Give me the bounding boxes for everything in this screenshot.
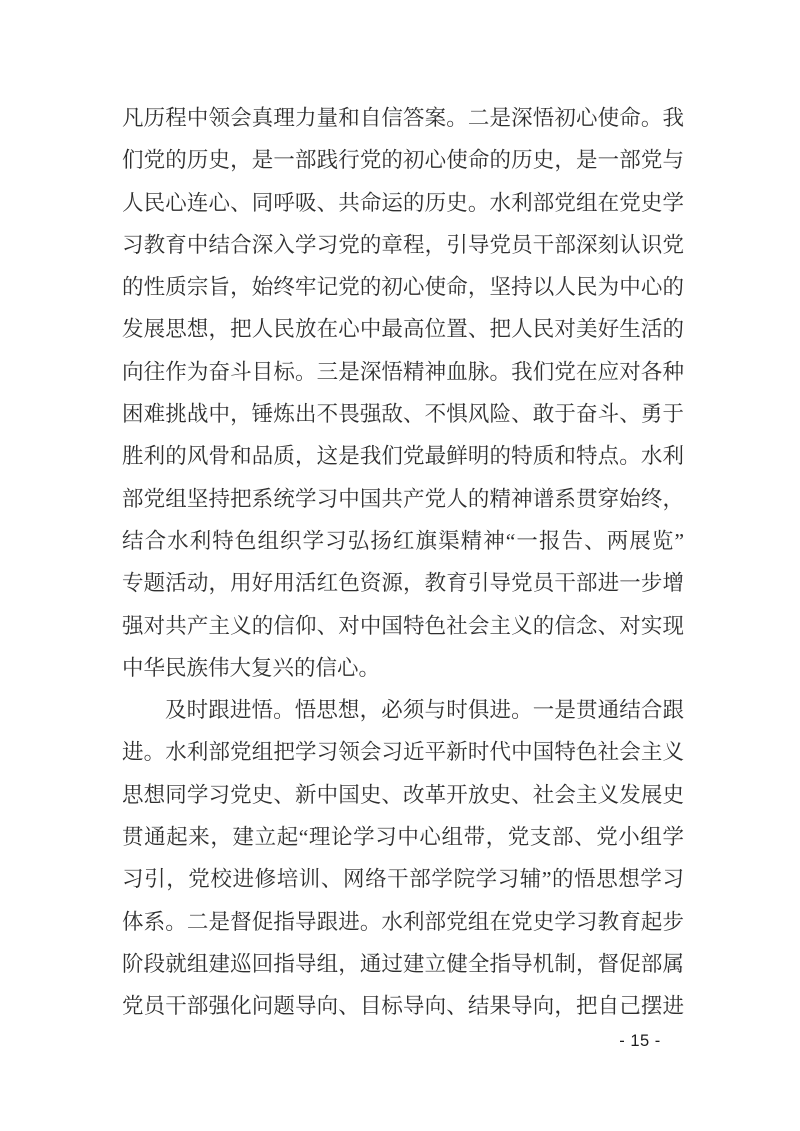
text-line: 们党的历史，是一部践行党的初心使命的历史，是一部党与 (122, 139, 684, 181)
text-line: 向往作为奋斗目标。三是深悟精神血脉。我们党在应对各种 (122, 351, 684, 393)
text-line: 思想同学习党史、新中国史、改革开放史、社会主义发展史 (122, 774, 684, 816)
text-line: 及时跟进悟。悟思想，必须与时俱进。一是贯通结合跟 (122, 689, 684, 731)
text-line: 发展思想，把人民放在心中最高位置、把人民对美好生活的 (122, 308, 684, 350)
text-line: 困难挑战中，锤炼出不畏强敌、不惧风险、敢于奋斗、勇于 (122, 393, 684, 435)
text-line: 贯通起来，建立起“理论学习中心组带，党支部、党小组学 (122, 816, 684, 858)
text-line: 习教育中结合深入学习党的章程，引导党员干部深刻认识党 (122, 224, 684, 266)
body-text: 凡历程中领会真理力量和自信答案。二是深悟初心使命。我们党的历史，是一部践行党的初… (122, 97, 684, 1028)
text-line: 结合水利特色组织学习弘扬红旗渠精神“一报告、两展览” (122, 520, 684, 562)
text-line: 专题活动，用好用活红色资源，教育引导党员干部进一步增 (122, 562, 684, 604)
text-line: 人民心连心、同呼吸、共命运的历史。水利部党组在党史学 (122, 182, 684, 224)
text-line: 阶段就组建巡回指导组，通过建立健全指导机制，督促部属 (122, 943, 684, 985)
document-page: 凡历程中领会真理力量和自信答案。二是深悟初心使命。我们党的历史，是一部践行党的初… (0, 0, 800, 1131)
text-line: 的性质宗旨，始终牢记党的初心使命，坚持以人民为中心的 (122, 266, 684, 308)
text-line: 习引，党校进修培训、网络干部学院学习辅”的悟思想学习 (122, 858, 684, 900)
text-line: 凡历程中领会真理力量和自信答案。二是深悟初心使命。我 (122, 97, 684, 139)
text-line: 胜利的风骨和品质，这是我们党最鲜明的特质和特点。水利 (122, 435, 684, 477)
text-line: 体系。二是督促指导跟进。水利部党组在党史学习教育起步 (122, 901, 684, 943)
page-number: - 15 - (560, 1032, 720, 1051)
text-line: 中华民族伟大复兴的信心。 (122, 647, 684, 689)
text-line: 部党组坚持把系统学习中国共产党人的精神谱系贯穿始终， (122, 478, 684, 520)
text-line: 强对共产主义的信仰、对中国特色社会主义的信念、对实现 (122, 605, 684, 647)
text-line: 进。水利部党组把学习领会习近平新时代中国特色社会主义 (122, 731, 684, 773)
text-line: 党员干部强化问题导向、目标导向、结果导向，把自己摆进 (122, 985, 684, 1027)
